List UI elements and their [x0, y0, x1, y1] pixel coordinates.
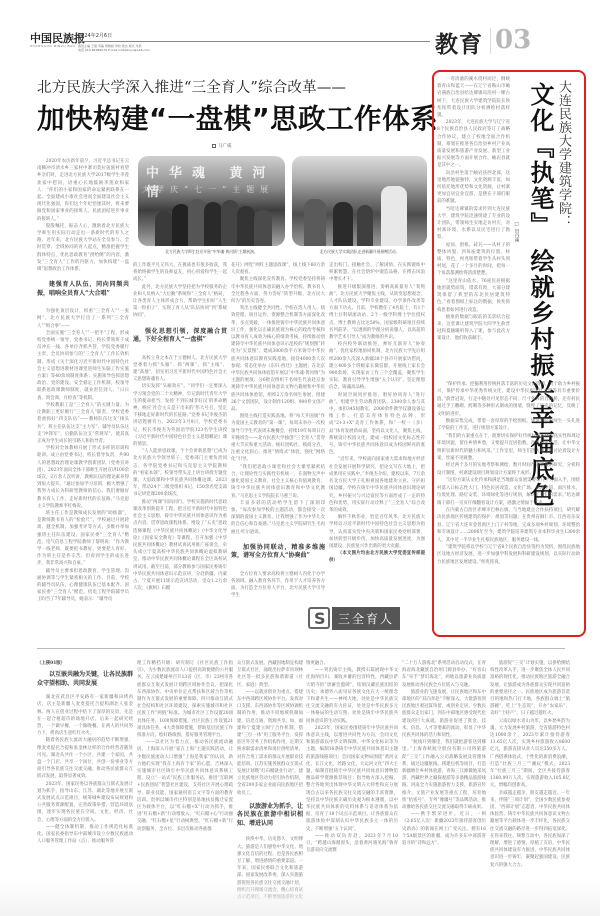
photo-credit: （本文图片均由北方民族大学党委宣传部提供） — [329, 550, 425, 564]
byline-author: 田丹溪 — [514, 228, 519, 242]
paragraph: ——以就业创业为重点，搭建东中西部跨区域协作平台。发挥对口支援、东西部协作等区域… — [237, 689, 303, 797]
subheading: 以旅游业为抓手，让各民族在旅游中相识相知、增进认同 — [237, 803, 303, 829]
paragraph: 在内蒙古自治区赤峰市巴林右旗，与当地建企合作扶持项目，研究解决民族地区传统建筑的… — [437, 507, 580, 544]
right-article-byline: □ 田丹溪 — [513, 222, 519, 242]
paragraph: 全面实施“三全育人”“一把手”工程，形成校党委统一领导、党委书记、校长带领班子成… — [37, 330, 129, 402]
paragraph: “航线开到哪里，我们就把游客送到哪里。”上海春秋航空股份有限公司将旅游促“三交”… — [402, 739, 486, 811]
paragraph: 丰富多彩的活动给学生留下了深刻印象。“每次参加学校的主题活动，都会接受一次深刻的… — [231, 500, 325, 536]
paragraph: ——携手繁荣进步。近日，一则《2.65亿人次！新疆2023年接待游客创历史新高》… — [402, 811, 486, 847]
right-article-column-wide: “保护传承、挖掘利用传统村落丰富的历史文化资源，对于助力乡村振兴，保护传承中华优… — [437, 381, 580, 629]
paragraph: 旅游促“三交”计划实施，以供给侧结构性改革入手，进一步聚焦全体人民共同富裕的现代… — [490, 660, 570, 718]
masthead-rule — [78, 41, 430, 42]
masthead-info: 值班主编 王强 责编 周晓娟 审校 黄杰 版式 朱君 电话 010-829850… — [78, 44, 198, 52]
paragraph: “二十万人游海北”系列活动启动仪式，在青海省海北藏族自治州门源县举办。“好客山东… — [402, 660, 486, 689]
paragraph: 为强化顶层设计，织密“三全育人”“一张网”，北方民族大学打出了一系列“三全育人”… — [37, 308, 129, 330]
photo-caption-2: 北方民族大学实践团队走进新疆开展捐赠活动。 — [292, 249, 427, 255]
page-number: 03 — [495, 25, 531, 55]
paragraph: 此外，北方民族大学坚持把为学校服务的企业和人员纳入“大后勤”系统和“三全育人”格… — [133, 284, 227, 320]
paragraph: “近年来，学校面向国家重大需求和地方经济社会发展开展科学研究，把论文写在大地上，… — [329, 456, 425, 514]
byline-author: 马广威 — [218, 144, 232, 149]
continued-from-label: （上接01版） — [37, 660, 133, 667]
paragraph: 屋顶、窗框、砖瓦——从村子的整体风貌，到每座建筑的位置、材质、特色，侯兆铭带着学… — [437, 242, 510, 278]
paragraph: 全方位育人要求高校将立德树人内化于办学各领域、融入教育各环节，作用于人才培养各方… — [231, 571, 325, 600]
paragraph: 湖北省武昌区平安路有一家新疆和田烤肉店，店主是新疆人麦麦提托合提和湖北人张金林。… — [37, 694, 133, 737]
photo-caption-1: 北方民族大学师生赴京开展“中华魂·黄河情”主题展演。 — [138, 249, 285, 255]
contact-line: 电话 010-82985079 E-mail mzbjiaoyu@126.com — [78, 48, 198, 52]
lower-article-column-6: 旅游促“三交”计划实施，以供给侧结构性改革入手，进一步聚焦全体人民共同富裕的现代… — [490, 660, 570, 900]
photo-donation — [292, 156, 427, 246]
paragraph: 情更融合。 — [306, 660, 398, 667]
lower-article-column-3: 众互嵌式发展。西藏因地制宜构建互嵌式社区，涌现出拉萨市河坝林社区等一批多民族和谐… — [237, 660, 303, 900]
paragraph: 向浩村坐落于岫岩县西北部，这里地形地貌独特，文化资源丰富，如何依托地形优势和文化… — [437, 170, 510, 206]
paragraph: 当哈达碑镇的需求传到大连民族大学，建筑学院迅速组建了专业的设计团队，带领师生实地… — [437, 206, 510, 242]
paragraph: 殷殷嘱托，振奋人心，激励着北方民族大学师生用实际行动走出一条新时代的育人之路。近… — [37, 223, 129, 273]
subheading: 强化思想引领，深度融合贯通，下好全程育人“一盘棋” — [133, 328, 227, 345]
paragraph: 随着各民族大流动大融居的趋势不断增强，像麦麦提托合提和张金林这样的合作经营者随处… — [37, 737, 133, 780]
subheading: 加强协同联动，精准多维施策，谱写全方位育人“协奏曲” — [231, 544, 325, 561]
paragraph: “我们的方案重点在于，既要切实保护好传统村落本体的真实性和周边环境风貌，留住乡情… — [437, 433, 580, 463]
paragraph: “我们把思政小课堂和社会大课堂紧密结合，让理论性与实践性有机统一，在润物无声中强… — [231, 464, 325, 500]
paragraph: 围绕主线打造实践高地。将“每天升国旗”作为爱国主义教育的“第一课”，每周末举办一… — [231, 413, 325, 463]
paragraph: 推进升级版深推进，奏响高质量育人“奏鸣曲”。北方民族大学聚焦主线，从转变思想观念… — [329, 284, 425, 342]
issue-date: 2024年2月6日 — [78, 32, 112, 39]
paragraph: 切实发挥“头雁效应”。“同学们一定要深入学习领会党的二十大精神，牢记新时代青年大… — [133, 383, 227, 448]
main-article-column-2: 的工作既平凡又伟大，在挑战也有很多收获，我将始终做学生的良师益友，用心用爱和学生… — [133, 262, 227, 644]
paragraph: 高校立身之本在于立德树人。北方民族大学党委着力抓“头雁”、抓“两课”、抓“主线”… — [133, 355, 227, 384]
paragraph: 2020年农历新年前夕，习近平总书记在云南腾冲市清水乡三家村中寨司莫拉佤族村看望… — [37, 158, 129, 223]
paragraph: 突出主线健全共同性。学校在选人用人、绩效管理、项目运作、资源整合机制等方面深化改… — [231, 305, 325, 413]
lower-article-column-4: 情更融合。 ——突出铸牢主线，教授石篇展现中华文化海纳百川、兼收并蓄的包容特性，… — [306, 660, 398, 900]
paragraph: 聚焦主线深化宣传教育。学校党委坚持将铸牢中华民族共同体意识融入办学治校、教书育人… — [231, 276, 325, 305]
paragraph: 云南以绿水青山为形，以乡愁乡韵为魂，大力发展乡村旅游，全省旅游特色村达1000余… — [490, 718, 570, 790]
main-article-column-3: 花开》网党“网红主题思政课”，线上线下60万余人次观看。 聚焦主线深化宣传教育。… — [231, 262, 325, 644]
badge-text: 三全育人 — [332, 607, 400, 630]
lower-article-column-5: “二十万人游海北”系列活动启动仪式，在青海省海北藏族自治州门源县举办。“好客山东… — [402, 660, 486, 900]
paragraph: 众互嵌式发展。西藏因地制宜构建互嵌式社区，涌现出拉萨市河坝林社区等一批多民族和谐… — [237, 660, 303, 689]
photo-banner-subtext: 大学庆“七一”主题展 — [138, 184, 285, 195]
newspaper-logo-en: ZHONGGUO MINZU BAO — [30, 44, 75, 48]
paragraph: 数据采集完成，带着一沓厚厚的手绘图纸，建筑学院的师生一头扎进了学院的工作室，进行… — [437, 418, 580, 433]
paragraph: 辅导员主要承担思政教育、学生管理、沟通协调等与学生紧密相关的工作。目前，学校的辅… — [37, 568, 129, 604]
paragraph: 花开》网党“网红主题思政课”，线上线下60万余人次观看。 — [231, 262, 325, 276]
paragraph: 学校对全体教师开展了形式多样的培训和轮训。成立由党委书记、校长督导负责，共90人… — [37, 445, 129, 510]
paragraph: 校内校外联动推进，弹好互联育人“协奏曲”。优化家校地协同机制，北方民族大学先后组… — [329, 341, 425, 391]
main-article-kicker: 北方民族大学深入推进“三全育人”综合改革—— — [37, 76, 346, 97]
byline-box-icon — [212, 144, 216, 148]
subheading: 建强育人队伍，同向同频共振，唱响全员育人“大合唱” — [37, 281, 129, 298]
paragraph: 时间空间同步推进，唱好协同育人“进行曲”。组建学生劳动教育团队，2300余人参与… — [329, 392, 425, 457]
paragraph: ——以社区为着力点，推动各民族流动融居。上海深入开展“家在上海”主题实践活动，让… — [137, 739, 233, 833]
children-silhouettes — [299, 183, 421, 246]
paragraph: ——突出铸牢主线，教授石篇展现中华文化海纳百川、兼收并蓄的包容特性，西藏拉萨大昭… — [306, 667, 398, 725]
bottom-fade — [0, 880, 600, 916]
paragraph: “这里青山依水，76座民居根据地形就势而筑，错落有致，大部分建筑保留了典型的东北… — [437, 278, 510, 314]
paragraph: “人人能讲思政课，个个会讲新思想”已成为北方民族大学领导班子、党委部门主要负责同… — [133, 448, 227, 498]
right-article-kicker: 大连民族大学建筑学院： — [555, 80, 571, 229]
paragraph: 班主任工作是教师成长发展的“助推器”，是教师教书育人的“检验尺”。学校通过开展轮… — [37, 510, 129, 568]
paragraph: 胸怀千秋伟业，恰是百年风华。北方民族大学将以习近平新时代中国特色社会主义思想为指… — [329, 514, 425, 550]
masthead: 中国民族报 ZHONGGUO MINZU BAO 2024年2月6日 值班主编 … — [30, 28, 550, 58]
paragraph: 学校教职工是“三全育人”的关键力量。为让教职工更好履行“三全育人”职责，学校党委… — [37, 402, 129, 445]
paragraph: 2023年，国家民委以各族群众互嵌式发展计划为抓手，指导山东、江苏、湖北等地开展… — [37, 781, 133, 824]
paragraph: 的工作既平凡又伟大，在挑战也有很多收获，我将始终做学生的良师益友，用心用爱和学生… — [133, 262, 227, 284]
paragraph: 经过两个多月的实地考察和测绘，数月时间严谨细致的研究、分析和设计制图，村寨建设项… — [437, 462, 580, 477]
book-s-logo-icon — [308, 607, 330, 629]
lower-article-column-1: （上接01版） 以互嵌共融为关键，让各民族群众守望相助、共同发展 湖北省武昌区平… — [37, 660, 133, 900]
section-title: 教育 — [435, 26, 483, 59]
paragraph: 旅游业的飞速发展，让民族地区和东中部地区的“双向奔赴”不断深入。大批游客到民族地… — [402, 689, 486, 739]
paragraph: ——健全体制机制，推动工作规范化标准化。国家民委指导东中部城市设立少数民族流动人… — [37, 824, 133, 846]
paragraph: 一弯清澈的溪水绕村而过，倒映着青山和蓝天——在辽宁省鞍山市岫岩满族自治县哈达碑镇… — [437, 76, 510, 119]
paragraph: 亲戚越走越亲，朋友越走越近。一年来，伴随“三项计划”，全国少数民族参观团、“西部… — [490, 790, 570, 869]
paragraph: ——推动双向奔赴。2023年7月10日，“跨越山海循原头，沿着黄河遇见海”鲁青互… — [306, 833, 398, 855]
photo-performance: 中华魂 黄河情 大学庆“七一”主题展 — [138, 156, 285, 246]
right-article-column-narrow: 一弯清澈的溪水绕村而过，倒映着青山和蓝天——在辽宁省鞍山市岫岩满族自治县哈达碑镇… — [437, 76, 510, 381]
section-divider — [490, 28, 491, 54]
paragraph: “建筑学院将以学校与辽宁省8个民族自治县签约为契机，围绕民族地区及地方经济发展，… — [437, 544, 580, 566]
paragraph: 理工作精档升级；研究制订《社区民族工作指引》，为少数民族流动人口提供高效便捷的公… — [137, 660, 233, 739]
sanquan-yuren-badge: 三全育人 — [308, 606, 403, 630]
lower-article-column-2: 理工作精档升级；研究制订《社区民族工作指引》，为少数民族流动人口提供高效便捷的公… — [137, 660, 233, 900]
paragraph: 2023年，大连民族大学与辽宁省8个民族自治县人民政府签订了战略合作协议，建立了… — [437, 119, 510, 169]
main-article-column-4: 走出校门、接触社会，了解国情、在实践锻炼中积累智慧、在社会熔炉中锻造品格、在搏击… — [329, 262, 425, 602]
performers-silhouettes — [153, 197, 271, 247]
paragraph: 推动“两课”同向同行。学校实施新时代思政课改革创新提升工程，把习近平新时代中国特… — [133, 499, 227, 593]
paragraph: 抽象的数据与眼前的美景结合起来，这堂课让建筑学院大四学生俞晋冠和夏颖曦听得入了迷… — [437, 314, 510, 343]
subheading: 以互嵌共融为关键，让各民族群众守望相助、共同发展 — [37, 671, 133, 688]
paragraph: “这份方案从文化传承和满足当地群众发展需要等几个方面入手，围绕村落入口标志性大门… — [437, 477, 580, 507]
paragraph: 走出校门、接触社会，了解国情、在实践锻炼中积累智慧、在社会熔炉中锻造品格、在搏击… — [329, 262, 425, 284]
main-article-byline: 马广威 — [212, 143, 232, 149]
main-article-headline: 加快构建“一盘棋”思政工作体系 — [37, 96, 438, 136]
section-divider-line — [37, 648, 565, 649]
paragraph: “保护传承、挖掘利用传统村落丰富的历史文化资源，对于助力乡村振兴，保护传承中华优… — [437, 381, 580, 418]
paragraph: 2023年，国家民委围绕铸牢中华民族共同体意识主线，以增进共同性为方向，会同文化… — [306, 725, 398, 833]
main-article-column-1: 2020年农历新年前夕，习近平总书记在云南腾冲市清水乡三家村中寨司莫拉佤族村看望… — [37, 158, 129, 644]
